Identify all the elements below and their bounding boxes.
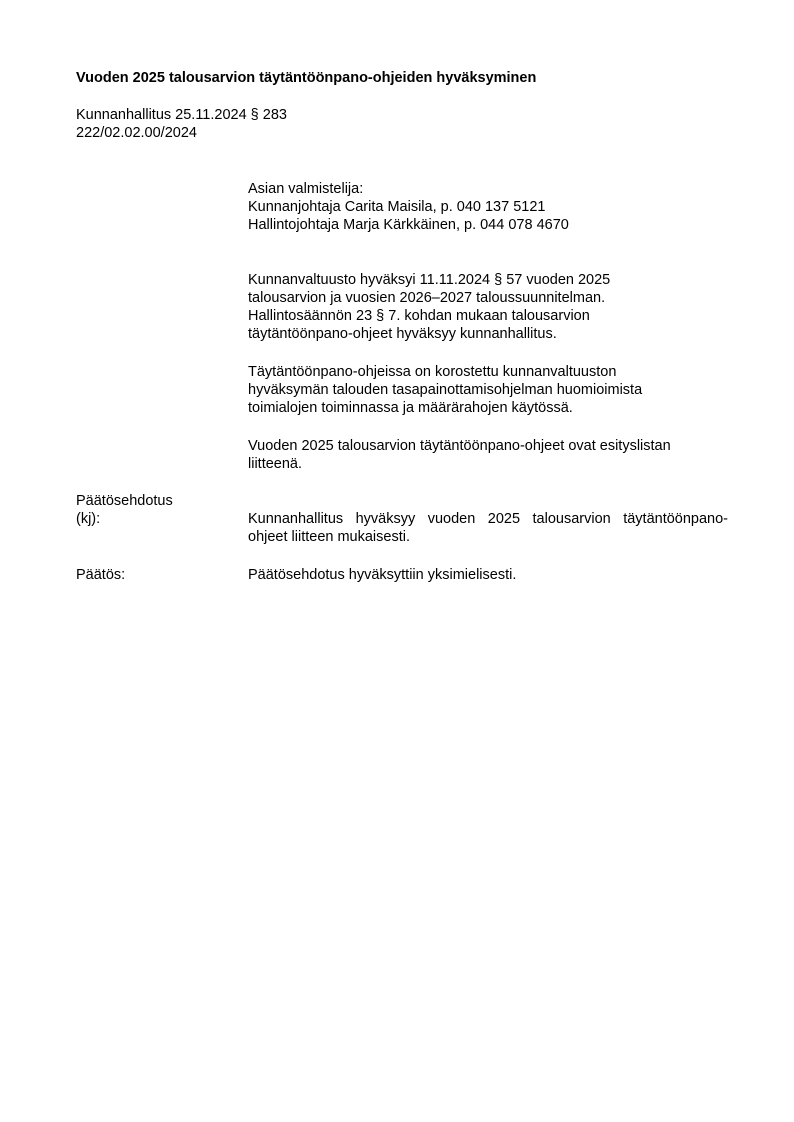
proposal-line: ohjeet liitteen mukaisesti. (248, 528, 728, 546)
proposal-line: Kunnanhallitus hyväksyy vuoden 2025 talo… (248, 510, 728, 528)
paragraph: Täytäntöönpano-ohjeissa on korostettu ku… (248, 363, 728, 417)
paragraph-line: toimialojen toiminnassa ja määrärahojen … (248, 399, 728, 417)
paragraph-line: talousarvion ja vuosien 2026–2027 talous… (248, 289, 728, 307)
meeting-line: Kunnanhallitus 25.11.2024 § 283 (76, 106, 287, 124)
paragraph-line: hyväksymän talouden tasapainottamisohjel… (248, 381, 728, 399)
paragraph-line: täytäntöönpano-ohjeet hyväksyy kunnanhal… (248, 325, 728, 343)
preparer-block: Asian valmistelija: Kunnanjohtaja Carita… (248, 180, 728, 234)
decision-label: Päätös: (76, 566, 125, 584)
paragraph-line: Täytäntöönpano-ohjeissa on korostettu ku… (248, 363, 728, 381)
proposal-label-sub: (kj): (76, 510, 100, 528)
record-number: 222/02.02.00/2024 (76, 124, 287, 142)
paragraph-line: Hallintosäännön 23 § 7. kohdan mukaan ta… (248, 307, 728, 325)
paragraph-line: Kunnanvaltuusto hyväksyi 11.11.2024 § 57… (248, 271, 728, 289)
proposal-label: Päätösehdotus (76, 492, 173, 510)
paragraph-line: Vuoden 2025 talousarvion täytäntöönpano-… (248, 437, 728, 455)
paragraph: Vuoden 2025 talousarvion täytäntöönpano-… (248, 437, 728, 473)
decision-line: Päätösehdotus hyväksyttiin yksimielisest… (248, 566, 728, 584)
document-page: Vuoden 2025 talousarvion täytäntöönpano-… (0, 0, 794, 1122)
document-title: Vuoden 2025 talousarvion täytäntöönpano-… (76, 69, 536, 87)
paragraph: Kunnanvaltuusto hyväksyi 11.11.2024 § 57… (248, 271, 728, 343)
preparer-line: Hallintojohtaja Marja Kärkkäinen, p. 044… (248, 216, 728, 234)
meeting-meta: Kunnanhallitus 25.11.2024 § 283 222/02.0… (76, 106, 287, 142)
paragraph-line: liitteenä. (248, 455, 728, 473)
preparer-line: Kunnanjohtaja Carita Maisila, p. 040 137… (248, 198, 728, 216)
decision-text: Päätösehdotus hyväksyttiin yksimielisest… (248, 566, 728, 584)
preparer-heading: Asian valmistelija: (248, 180, 728, 198)
proposal-text: Kunnanhallitus hyväksyy vuoden 2025 talo… (248, 510, 728, 546)
